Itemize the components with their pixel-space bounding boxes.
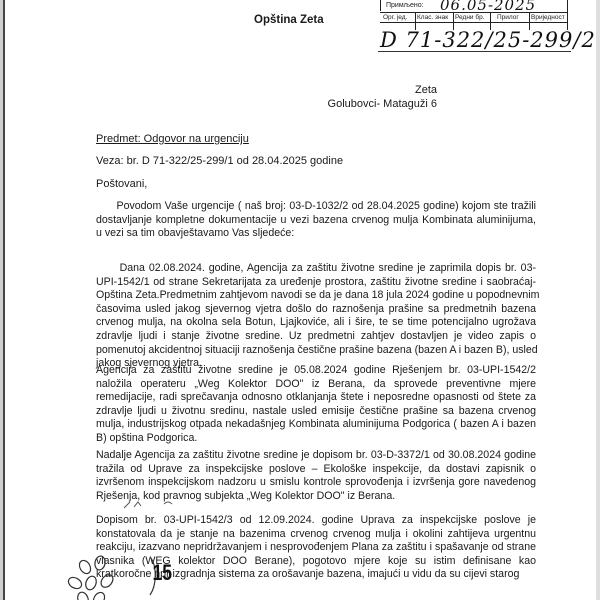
paragraph-line: dostavljanje kompletne dokumentacije u v… [96, 214, 536, 228]
registry-number-underline [378, 51, 571, 52]
stamp-col-attachment: Прилог [497, 14, 519, 21]
scan-edge-right [596, 0, 600, 600]
paragraph-line: mulja, industrijskog otpada nekadašnjeg … [96, 418, 536, 432]
stamp-col-class-mark: Клас. знак [417, 14, 448, 21]
paragraph-line: zdravlje ljudi u životnu sredinu, nastal… [96, 405, 536, 419]
paragraph-line: crvenog mulja, na okolna sela Botun, Lja… [96, 316, 536, 330]
paragraph-line: Dopisom br. 03-UPI-1542/3 od 12.09.2024.… [96, 514, 536, 528]
paragraph-line: konstatovala da je stanje na bazenima cr… [96, 528, 536, 542]
letter-reference: Veza: br. D 71-322/25-299/1 od 28.04.202… [96, 155, 343, 167]
sender-municipality: Opština Zeta [254, 14, 324, 26]
paragraph-agency-decision: Agencija za zaštitu životne sredine je 0… [96, 364, 536, 446]
paragraph-line: B) opština Podgorica. [96, 432, 536, 446]
paragraph-line: pomenutoj akcidentnoj situaciji raznošen… [96, 344, 536, 358]
paragraph-line: časovima usled jakog sjevernog vjetra do… [96, 303, 536, 317]
stamp-received-label: Примљено: [386, 2, 424, 9]
letter-greeting: Poštovani, [96, 178, 147, 190]
paragraph-line: Povodom Vaše urgencije ( naš broj: 03-D-… [96, 200, 536, 214]
paragraph-line: Nadalje Agencija za zaštitu životne sred… [96, 449, 536, 463]
paragraph-line: Opština Zeta.Predmetnim zahtjevom navodi… [96, 289, 536, 303]
handwritten-mark-icon [120, 498, 190, 512]
stamp-border [567, 0, 568, 30]
registry-number: D 71-322/25-299/2 [380, 28, 596, 52]
paragraph-line: Dana 02.08.2024. godine, Agencija za zaš… [96, 262, 536, 276]
paragraph-line: naložila operateru „Weg Kolektor DOO" iz… [96, 378, 536, 392]
paragraph-august-report: Dana 02.08.2024. godine, Agencija za zaš… [96, 262, 536, 371]
stamp-border [380, 0, 381, 11]
paragraph-line: Agencija za zaštitu životne sredine je 0… [96, 364, 536, 378]
scan-edge-line [3, 0, 5, 600]
recipient-city: Zeta [415, 84, 437, 96]
paragraph-urgency: Povodom Vaše urgencije ( naš broj: 03-D-… [96, 200, 536, 241]
paragraph-line: izvršenom inspekcijskom nadzoru u smislu… [96, 476, 536, 490]
paragraph-line: reakciju, izazvano nepridržavanjem i nes… [96, 541, 536, 555]
stamp-col-org-unit: Орг. јед. [383, 14, 407, 21]
stamp-col-serial: Редни бр. [455, 14, 485, 21]
paragraph-line: remedijacije, radi sprečavanja odnosno o… [96, 391, 536, 405]
letter-subject: Predmet: Odgovor na urgenciju [96, 133, 249, 145]
seal-leaf-icon [55, 555, 165, 600]
stamp-row-divider [380, 22, 568, 23]
paragraph-line: tražila od Uprave za inspekcijske poslov… [96, 463, 536, 477]
paragraph-line: zdravlje ljudi i stanje životne sredine.… [96, 330, 536, 344]
paragraph-line: u vezi sa tim obavještavamo Vas sljedeće… [96, 227, 536, 241]
page-number: 15 [152, 560, 172, 586]
stamp-col-value: Вриједност [531, 14, 565, 21]
paragraph-inspection-request: Nadalje Agencija za zaštitu životne sred… [96, 449, 536, 503]
paragraph-line: UPI-1542/1 od strane Sekretarijata za ur… [96, 276, 536, 290]
stamp-row-divider [380, 12, 568, 13]
recipient-street: Golubovci- Mataguži 6 [328, 98, 437, 110]
